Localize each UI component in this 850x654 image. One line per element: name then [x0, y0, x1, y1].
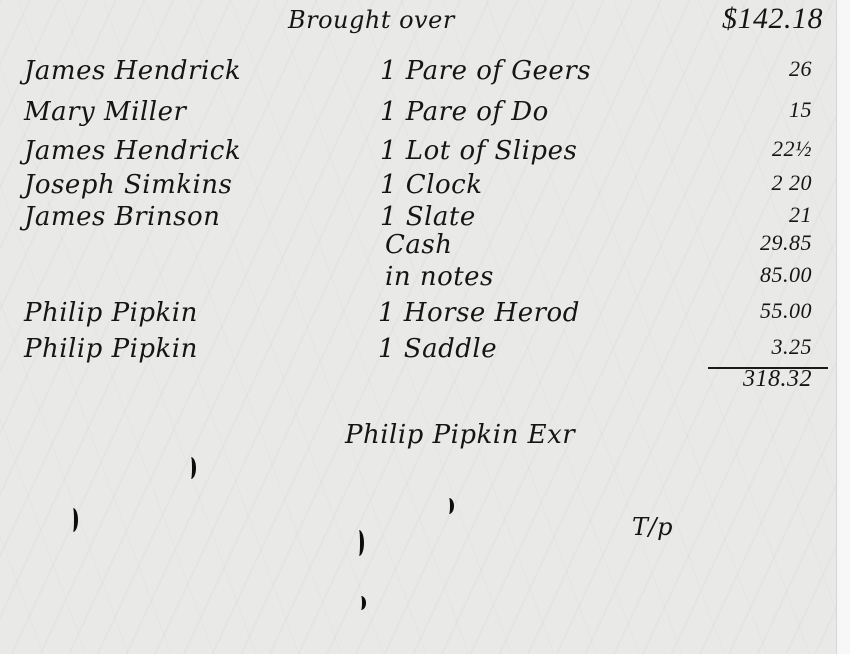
- ink-mark: [354, 530, 364, 556]
- ledger-page: Brought over $142.18 James Hendrick 1 Pa…: [0, 0, 836, 654]
- entry-amount: 55.00: [760, 298, 812, 324]
- entry-name: Joseph Simkins: [24, 170, 232, 200]
- executor-signature: Philip Pipkin Exr: [345, 420, 575, 450]
- entry-item: 1 Saddle: [378, 334, 497, 364]
- entry-name: James Hendrick: [24, 136, 241, 166]
- ink-mark: [68, 508, 78, 532]
- entry-amount: 29.85: [760, 230, 812, 256]
- entry-item: 1 Pare of Do: [380, 97, 549, 127]
- total-amount: 318.32: [743, 366, 812, 393]
- entry-item: 1 Slate: [380, 202, 476, 232]
- entry-amount: 2 20: [772, 170, 813, 196]
- entry-item: 1 Lot of Slipes: [380, 136, 577, 166]
- entry-amount: 3.25: [772, 334, 813, 360]
- brought-over-amount: $142.18: [722, 2, 823, 36]
- entry-name: Mary Miller: [24, 97, 186, 127]
- entry-name: Philip Pipkin: [24, 298, 198, 328]
- ink-mark: [444, 498, 454, 514]
- ink-mark: [186, 457, 196, 479]
- entry-item: 1 Pare of Geers: [380, 56, 591, 86]
- entry-item: in notes: [385, 262, 494, 292]
- entry-item: Cash: [385, 230, 452, 260]
- initials: T/p: [632, 513, 673, 541]
- entry-item: 1 Horse Herod: [378, 298, 580, 328]
- entry-name: James Brinson: [24, 202, 220, 232]
- entry-name: James Hendrick: [24, 56, 241, 86]
- ink-mark: [356, 596, 366, 610]
- entry-name: Philip Pipkin: [24, 334, 198, 364]
- brought-over-label: Brought over: [288, 6, 455, 34]
- entry-amount: 85.00: [760, 262, 812, 288]
- entry-item: 1 Clock: [380, 170, 483, 200]
- entry-amount: 22½: [772, 136, 812, 162]
- entry-amount: 21: [789, 202, 812, 228]
- entry-amount: 26: [789, 56, 812, 82]
- entry-amount: 15: [789, 97, 812, 123]
- page-edge: [836, 0, 850, 654]
